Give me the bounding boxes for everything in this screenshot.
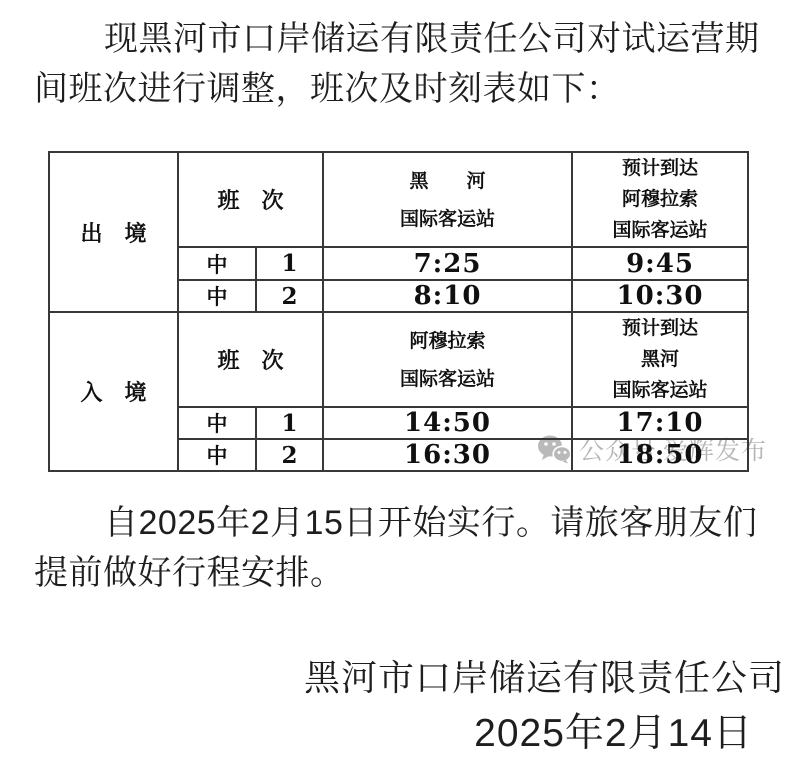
inbound-header-row: 入 境 班 次 阿穆拉索 国际客运站 预计到达 黑河 国际客运站 [49,312,748,407]
station-line: 阿穆拉索 [573,184,747,215]
depart-time-cell: 14:50 [323,407,572,439]
schedule-table: 出 境 班 次 黑 河 国际客运站 预计到达 阿穆拉索 国际客运站 中 1 [48,151,749,472]
bus-no-cell: 1 [256,247,323,280]
closing-paragraph: 自2025年2月15日开始实行。请旅客朋友们 提前做好行程安排。 [34,498,774,598]
intro-line-2: 间班次进行调整，班次及时刻表如下： [34,64,774,114]
intro-paragraph: 现黑河市口岸储运有限责任公司对试运营期 间班次进行调整，班次及时刻表如下： [34,14,774,114]
banci-header-inbound: 班 次 [178,312,323,407]
origin-station-header-inbound: 阿穆拉索 国际客运站 [323,312,572,407]
schedule-table-wrap: 出 境 班 次 黑 河 国际客运站 预计到达 阿穆拉索 国际客运站 中 1 [48,151,749,472]
station-line: 黑河 [573,344,747,375]
station-line: 国际客运站 [573,215,747,246]
station-line: 国际客运站 [324,200,571,238]
closing-line-1: 自2025年2月15日开始实行。请旅客朋友们 [34,498,774,548]
arrival-station-header-outbound: 预计到达 阿穆拉索 国际客运站 [572,152,748,247]
bus-no-cell: 1 [256,407,323,439]
closing-line-2: 提前做好行程安排。 [34,548,774,598]
station-line: 黑 河 [324,162,571,200]
station-line: 国际客运站 [573,375,747,406]
origin-station-header-outbound: 黑 河 国际客运站 [323,152,572,247]
depart-time-cell: 16:30 [323,439,572,471]
bus-type-cell: 中 [178,280,256,312]
station-line: 国际客运站 [324,360,571,398]
outbound-header-row: 出 境 班 次 黑 河 国际客运站 预计到达 阿穆拉索 国际客运站 [49,152,748,247]
banci-header-outbound: 班 次 [178,152,323,247]
bus-no-cell: 2 [256,439,323,471]
depart-time-cell: 8:10 [323,280,572,312]
station-line: 预计到达 [573,153,747,184]
signature-date: 2025年2月14日 [474,702,753,758]
arrive-time-cell: 9:45 [572,247,748,280]
bus-no-cell: 2 [256,280,323,312]
direction-cell-inbound: 入 境 [49,312,178,471]
station-line: 预计到达 [573,313,747,344]
station-line: 阿穆拉索 [324,322,571,360]
arrive-time-cell: 10:30 [572,280,748,312]
arrive-time-cell: 18:50 [572,439,748,471]
arrive-time-cell: 17:10 [572,407,748,439]
arrival-station-header-inbound: 预计到达 黑河 国际客运站 [572,312,748,407]
direction-cell-outbound: 出 境 [49,152,178,312]
bus-type-cell: 中 [178,407,256,439]
intro-line-1: 现黑河市口岸储运有限责任公司对试运营期 [34,14,774,64]
bus-type-cell: 中 [178,247,256,280]
notice-page: 现黑河市口岸储运有限责任公司对试运营期 间班次进行调整，班次及时刻表如下： 公众… [0,0,800,762]
signature-company: 黑河市口岸储运有限责任公司 [304,650,785,701]
depart-time-cell: 7:25 [323,247,572,280]
bus-type-cell: 中 [178,439,256,471]
